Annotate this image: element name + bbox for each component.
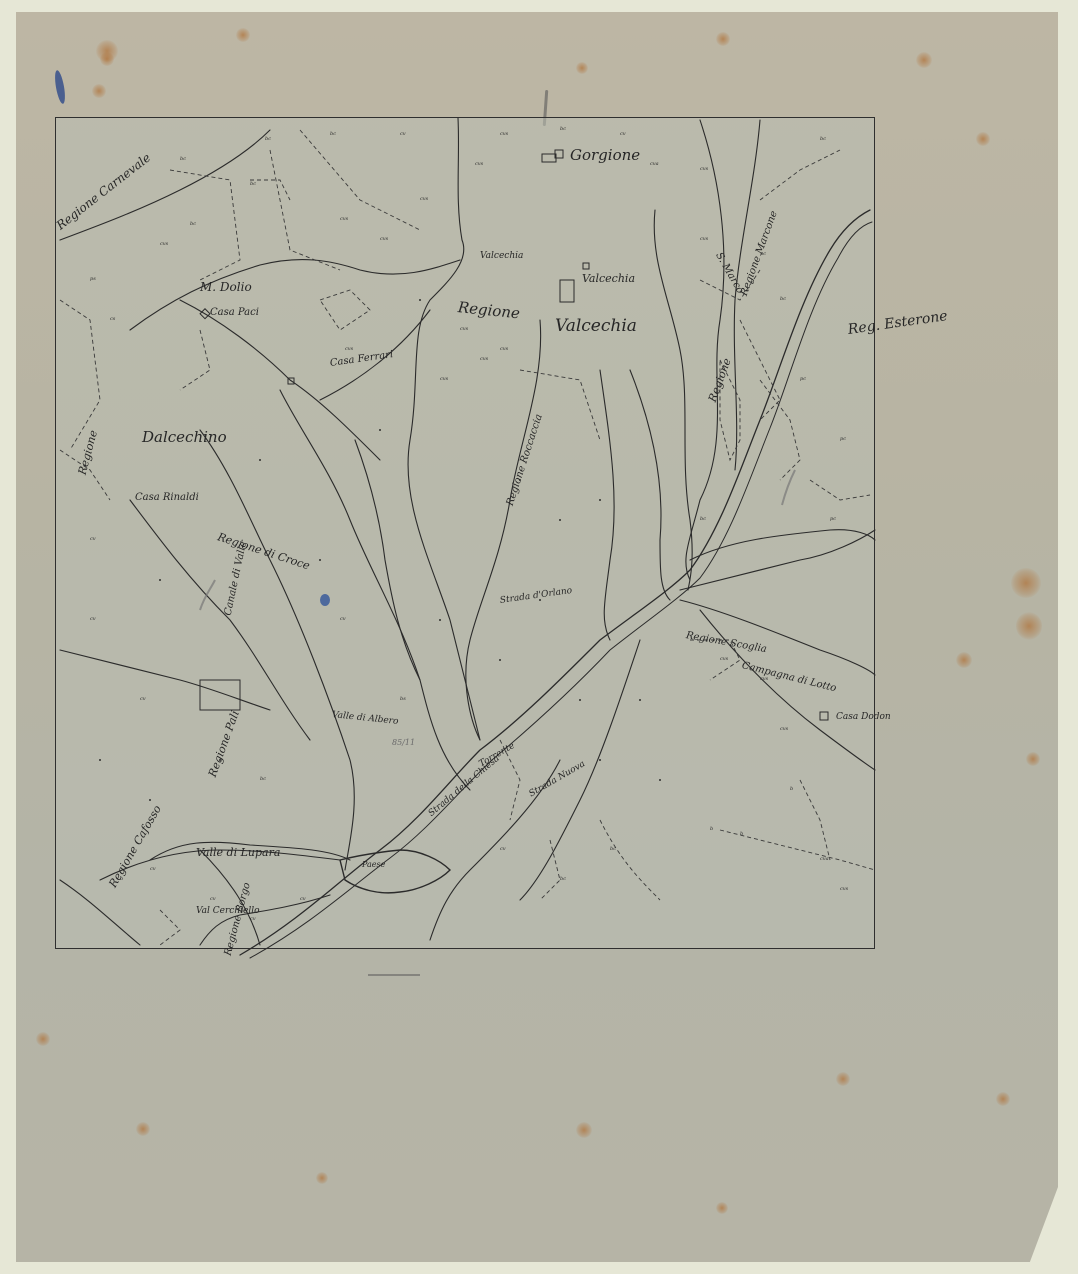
building	[542, 154, 556, 162]
svg-text:cv: cv	[90, 536, 96, 542]
svg-text:cvs: cvs	[500, 131, 509, 137]
svg-text:b: b	[790, 786, 793, 792]
svg-text:cvs: cvs	[780, 726, 789, 732]
label-faint-number: 85/11	[392, 738, 415, 747]
svg-text:cv: cv	[90, 616, 96, 622]
svg-text:cs: cs	[110, 316, 116, 322]
svg-text:pc: pc	[800, 376, 806, 382]
label-town: Paese	[362, 860, 385, 869]
river-north	[408, 118, 480, 740]
label-regione-valcechia-2: Valcechia	[555, 316, 637, 336]
svg-text:cva: cva	[820, 856, 829, 862]
svg-text:cvs: cvs	[700, 236, 709, 242]
svg-text:bc: bc	[330, 131, 336, 137]
svg-text:b: b	[710, 826, 713, 832]
label-casa-rinaldi: Casa Rinaldi	[135, 492, 199, 503]
svg-text:bc: bc	[265, 136, 271, 142]
svg-text:bc: bc	[560, 126, 566, 132]
svg-text:cv: cv	[300, 896, 306, 902]
label-dalcechino: Dalcechino	[142, 428, 227, 446]
svg-text:cv: cv	[250, 916, 256, 922]
svg-text:cvs: cvs	[345, 346, 354, 352]
label-valcechia-small: Valcechia	[480, 251, 523, 261]
svg-text:bs: bs	[400, 696, 406, 702]
svg-text:b: b	[740, 831, 743, 837]
svg-text:cv: cv	[400, 131, 406, 137]
label-casa-paci: Casa Paci	[210, 307, 259, 318]
svg-text:bc: bc	[180, 156, 186, 162]
svg-text:bc: bc	[780, 296, 786, 302]
svg-text:cvs: cvs	[475, 161, 484, 167]
svg-text:bc: bc	[190, 221, 196, 227]
svg-text:cvs: cvs	[340, 216, 349, 222]
svg-text:cvs: cvs	[720, 656, 729, 662]
building	[583, 263, 589, 269]
svg-text:pc: pc	[840, 436, 846, 442]
svg-text:cv: cv	[150, 866, 156, 872]
svg-text:pc: pc	[830, 516, 836, 522]
svg-text:cvs: cvs	[500, 346, 509, 352]
label-valcechia-settlement: Valcechia	[582, 272, 635, 285]
svg-text:cvs: cvs	[460, 326, 469, 332]
svg-text:bc: bc	[820, 136, 826, 142]
svg-text:cv: cv	[500, 846, 506, 852]
svg-text:cvs: cvs	[380, 236, 389, 242]
svg-text:bc: bc	[250, 181, 256, 187]
label-val-cerchiello: Val Cerchiello	[196, 906, 260, 916]
svg-text:cv: cv	[620, 131, 626, 137]
building	[820, 712, 828, 720]
label-gorgione: Gorgione	[570, 146, 640, 164]
svg-text:cvs: cvs	[840, 886, 849, 892]
svg-text:cva: cva	[650, 161, 659, 167]
svg-text:ps: ps	[90, 276, 96, 282]
svg-text:bc: bc	[260, 776, 266, 782]
svg-text:cvs: cvs	[420, 196, 429, 202]
svg-text:bc: bc	[610, 846, 616, 852]
label-casa-dodon: Casa Dodon	[836, 712, 891, 722]
svg-text:cv: cv	[340, 616, 346, 622]
label-valle-lupara: Valle di Lupara	[196, 846, 280, 859]
svg-text:cvs: cvs	[160, 241, 169, 247]
svg-text:cv: cv	[210, 896, 216, 902]
label-m-dolio: M. Dolio	[200, 280, 252, 294]
road-northwest	[60, 130, 270, 240]
svg-text:cvs: cvs	[700, 166, 709, 172]
svg-text:bc: bc	[560, 876, 566, 882]
map-linework: bcbccv cvscvsbc cvcvacvs bcbcbc bccvsps …	[0, 0, 1078, 1274]
svg-text:cv: cv	[140, 696, 146, 702]
svg-text:bc: bc	[700, 516, 706, 522]
town-outline	[340, 850, 450, 893]
svg-text:cvs: cvs	[440, 376, 449, 382]
svg-text:cvs: cvs	[480, 356, 489, 362]
